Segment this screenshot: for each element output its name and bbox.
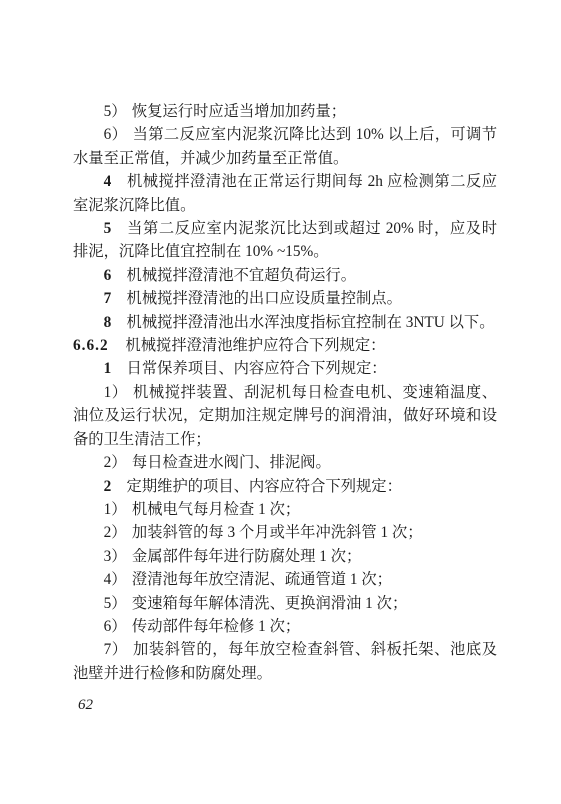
item-number: 4） — [104, 571, 127, 588]
list-item: 1）机械电气每月检查 1 次； — [73, 498, 497, 521]
list-item: 3）金属部件每年进行防腐处理 1 次； — [73, 545, 497, 568]
item-number: 1） — [104, 501, 127, 518]
list-item: 5）变速箱每年解体清洗、更换润滑油 1 次； — [73, 592, 497, 615]
list-item: 7机械搅拌澄清池的出口应设质量控制点。 — [73, 287, 497, 310]
list-item: 5当第二反应室内泥浆沉比达到或超过 20% 时，应及时排泥，沉降比值宜控制在 1… — [73, 217, 497, 264]
list-item: 5）恢复运行时应适当增加加药量； — [73, 100, 497, 123]
item-number: 7 — [104, 290, 112, 307]
paragraph-text: 机械搅拌澄清池的出口应设质量控制点。 — [127, 290, 402, 307]
list-item: 2）加装斜管的每 3 个月或半年冲洗斜管 1 次； — [73, 521, 497, 544]
list-item: 6机械搅拌澄清池不宜超负荷运行。 — [73, 264, 497, 287]
list-item: 4）澄清池每年放空清泥、疏通管道 1 次； — [73, 568, 497, 591]
list-item: 8机械搅拌澄清池出水浑浊度指标宜控制在 3NTU 以下。 — [73, 311, 497, 334]
paragraph-text: 定期维护的项目、内容应符合下列规定： — [127, 478, 402, 495]
list-item: 1）机械搅拌装置、刮泥机每日检查电机、变速箱温度、油位及运行状况，定期加注规定牌… — [73, 381, 497, 451]
document-body: 5）恢复运行时应适当增加加药量； 6）当第二反应室内泥浆沉降比达到 10% 以上… — [73, 100, 497, 685]
item-number: 2） — [104, 454, 127, 471]
paragraph-text: 澄清池每年放空清泥、疏通管道 1 次； — [132, 571, 392, 588]
paragraph-text: 机械电气每月检查 1 次； — [132, 501, 300, 518]
section-heading: 6.6.2机械搅拌澄清池维护应符合下列规定： — [73, 334, 497, 357]
document-page: 5）恢复运行时应适当增加加药量； 6）当第二反应室内泥浆沉降比达到 10% 以上… — [0, 0, 561, 804]
section-number: 6.6.2 — [73, 337, 109, 354]
paragraph-text: 加装斜管的，每年放空检查斜管、斜板托架、池底及池壁并进行检修和防腐处理。 — [73, 641, 497, 681]
list-item: 2定期维护的项目、内容应符合下列规定： — [73, 475, 497, 498]
paragraph-text: 加装斜管的每 3 个月或半年冲洗斜管 1 次； — [132, 524, 423, 541]
item-number: 1 — [104, 360, 112, 377]
paragraph-text: 机械搅拌澄清池在正常运行期间每 2h 应检测第二反应室泥浆沉降比值。 — [73, 173, 497, 213]
item-number: 3） — [104, 548, 127, 565]
item-number: 2） — [104, 524, 127, 541]
paragraph-text: 金属部件每年进行防腐处理 1 次； — [132, 548, 361, 565]
paragraph-text: 机械搅拌澄清池出水浑浊度指标宜控制在 3NTU 以下。 — [127, 314, 495, 331]
item-number: 5 — [104, 220, 112, 237]
paragraph-text: 机械搅拌澄清池维护应符合下列规定： — [125, 337, 385, 354]
item-number: 6 — [104, 267, 112, 284]
item-number: 7） — [104, 641, 128, 658]
item-number: 6） — [104, 618, 127, 635]
list-item: 7）加装斜管的，每年放空检查斜管、斜板托架、池底及池壁并进行检修和防腐处理。 — [73, 638, 497, 685]
item-number: 5） — [104, 103, 127, 120]
paragraph-text: 恢复运行时应适当增加加药量； — [132, 103, 346, 120]
list-item: 4机械搅拌澄清池在正常运行期间每 2h 应检测第二反应室泥浆沉降比值。 — [73, 170, 497, 217]
item-number: 1） — [104, 384, 128, 401]
paragraph-text: 传动部件每年检修 1 次； — [132, 618, 300, 635]
item-number: 4 — [104, 173, 112, 190]
list-item: 1日常保养项目、内容应符合下列规定： — [73, 357, 497, 380]
item-number: 6） — [104, 126, 128, 143]
list-item: 6）传动部件每年检修 1 次； — [73, 615, 497, 638]
paragraph-text: 变速箱每年解体清洗、更换润滑油 1 次； — [132, 595, 407, 612]
list-item: 6）当第二反应室内泥浆沉降比达到 10% 以上后，可调节水量至正常值，并减少加药… — [73, 123, 497, 170]
list-item: 2）每日检查进水阀门、排泥阀。 — [73, 451, 497, 474]
item-number: 5） — [104, 595, 127, 612]
paragraph-text: 日常保养项目、内容应符合下列规定： — [127, 360, 387, 377]
paragraph-text: 当第二反应室内泥浆沉比达到或超过 20% 时，应及时排泥，沉降比值宜控制在 10… — [73, 220, 497, 260]
item-number: 2 — [104, 478, 112, 495]
paragraph-text: 当第二反应室内泥浆沉降比达到 10% 以上后，可调节水量至正常值，并减少加药量至… — [73, 126, 497, 166]
paragraph-text: 机械搅拌装置、刮泥机每日检查电机、变速箱温度、油位及运行状况，定期加注规定牌号的… — [73, 384, 497, 448]
page-number: 62 — [78, 697, 93, 714]
paragraph-text: 每日检查进水阀门、排泥阀。 — [132, 454, 331, 471]
item-number: 8 — [104, 314, 112, 331]
paragraph-text: 机械搅拌澄清池不宜超负荷运行。 — [127, 267, 356, 284]
